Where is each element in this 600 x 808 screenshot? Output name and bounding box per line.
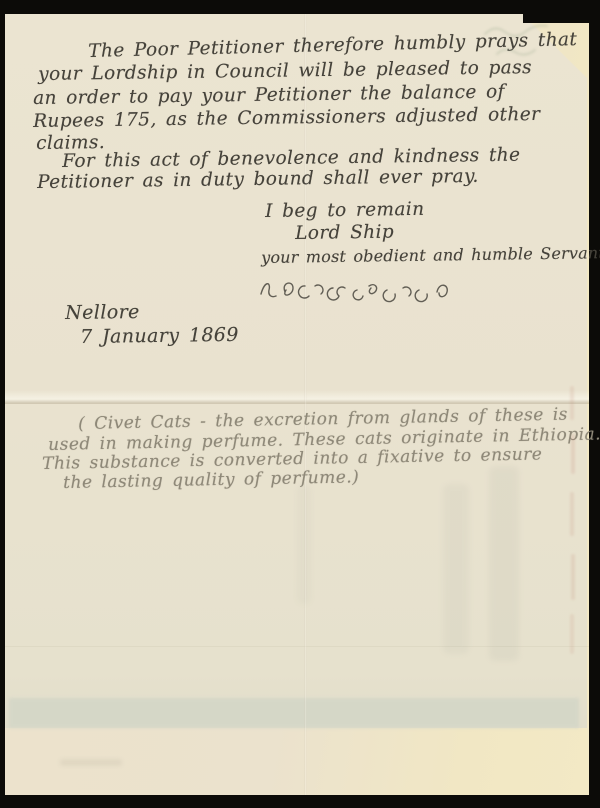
edge-mark bbox=[570, 614, 574, 654]
bleedthrough-column bbox=[443, 484, 469, 654]
date-line: 7 January 1869 bbox=[80, 324, 239, 348]
scanned-letter-page: The Poor Petitioner therefore humbly pra… bbox=[0, 0, 600, 808]
backing-sheet: The Poor Petitioner therefore humbly pra… bbox=[5, 14, 589, 795]
horizontal-fold-crease bbox=[5, 390, 589, 403]
sheet-bottom-edge bbox=[9, 698, 579, 728]
horizontal-fold-line bbox=[5, 403, 589, 404]
vertical-fold-crease bbox=[304, 14, 307, 795]
edge-mark bbox=[571, 554, 575, 600]
telugu-signature bbox=[255, 278, 470, 304]
scan-corner-black bbox=[523, 0, 600, 23]
bleedthrough-column bbox=[297, 484, 311, 604]
closing-line: Lord Ship bbox=[295, 222, 394, 244]
closing-line: I beg to remain bbox=[265, 199, 425, 222]
edge-mark bbox=[571, 434, 575, 474]
bleedthrough-column bbox=[489, 466, 519, 661]
edge-mark bbox=[570, 386, 574, 420]
bleedthrough-marks bbox=[483, 18, 583, 68]
place-line: Nellore bbox=[65, 301, 140, 324]
edge-mark bbox=[570, 492, 574, 536]
ghost-smudge bbox=[60, 759, 122, 766]
